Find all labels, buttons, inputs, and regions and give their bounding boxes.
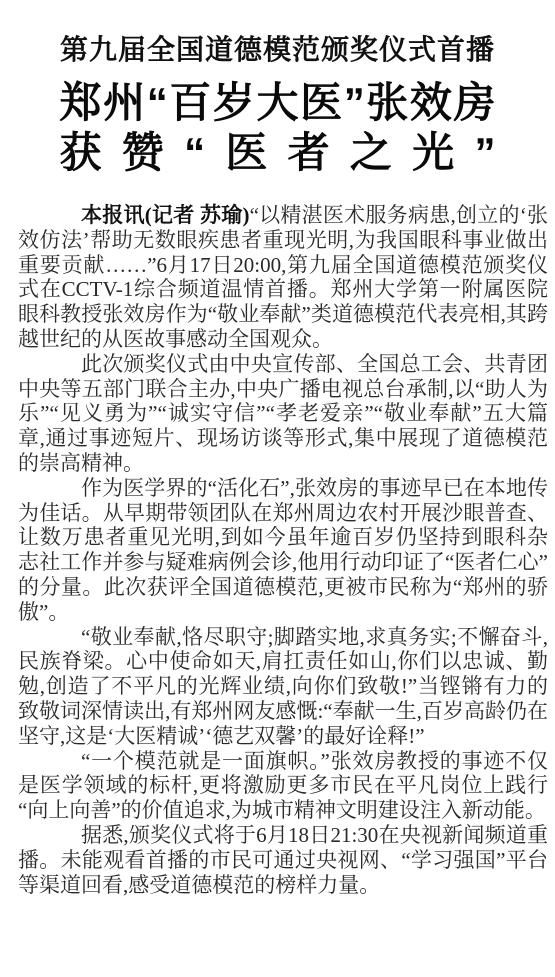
body-paragraph-2: 此次颁奖仪式由中央宣传部、全国总工会、共青团中央等五部门联合主办,中央广播电视总… xyxy=(18,352,548,476)
article-body: 本报讯(记者 苏瑜)“以精湛医术服务病患,创立的‘张效仿法’帮助无数眼疾患者重现… xyxy=(18,203,548,897)
body-paragraph-4: “敬业奉献,恪尽职守;脚踏实地,求真务实;不懈奋斗,民族脊梁。心中使命如天,肩扛… xyxy=(18,625,548,749)
newspaper-clipping: 第九届全国道德模范颁奖仪式首播 郑州“百岁大医”张效房 获赞“医者之光” 本报讯… xyxy=(0,0,555,977)
body-paragraph-3: 作为医学界的“活化石”,张效房的事迹早已在本地传为佳话。从早期带领团队在郑州周边… xyxy=(18,476,548,625)
body-paragraph-6: 据悉,颁奖仪式将于6月18日21:30在央视新闻频道重播。未能观看首播的市民可通… xyxy=(18,823,548,897)
dateline-byline: 本报讯(记者 苏瑜) xyxy=(81,203,250,227)
body-paragraph-5: “一个模范就是一面旗帜。”张效房教授的事迹不仅是医学领域的标杆,更将激励更多市民… xyxy=(18,749,548,823)
main-headline: 郑州“百岁大医”张效房 获赞“医者之光” xyxy=(60,78,496,178)
kicker-headline: 第九届全国道德模范颁奖仪式首播 xyxy=(0,32,555,68)
main-headline-line-2: 获赞“医者之光” xyxy=(60,128,496,178)
main-headline-line-1: 郑州“百岁大医”张效房 xyxy=(60,78,496,128)
lead-paragraph: 本报讯(记者 苏瑜)“以精湛医术服务病患,创立的‘张效仿法’帮助无数眼疾患者重现… xyxy=(18,203,548,352)
